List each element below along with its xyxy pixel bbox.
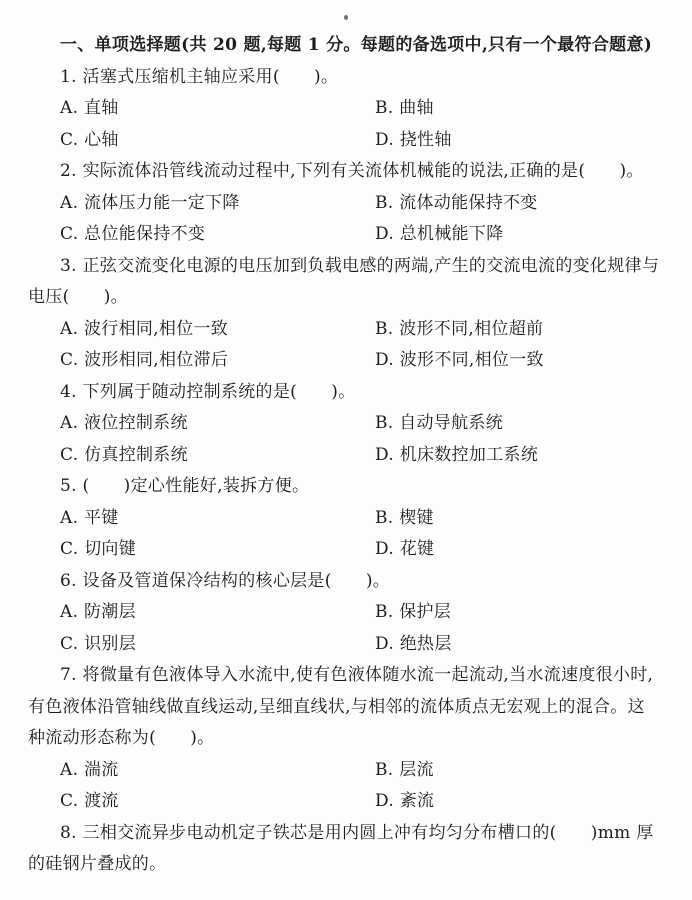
question-2: 2. 实际流体沿管线流动过程中,下列有关流体机械能的说法,正确的是( )。 A.… [28,156,662,251]
question-3-options-ab: A. 波行相同,相位一致 B. 波形不同,相位超前 [28,314,662,346]
section-title: 一、单项选择题(共 20 题,每题 1 分。每题的备选项中,只有一个最符合题意) [28,30,662,62]
question-2-option-d: D. 总机械能下降 [375,219,504,251]
question-5-option-b: B. 楔键 [375,503,434,535]
scan-speck-artifact [344,15,348,20]
question-7: 7. 将微量有色液体导入水流中,使有色液体随水流一起流动,当水流速度很小时, 有… [28,660,662,818]
question-6-option-c: C. 识别层 [60,629,136,661]
question-3-options-cd: C. 波形相同,相位滞后 D. 波形不同,相位一致 [28,345,662,377]
question-7-option-c: C. 渡流 [60,786,119,818]
question-5-options-ab: A. 平键 B. 楔键 [28,503,662,535]
question-1-stem: 1. 活塞式压缩机主轴应采用( )。 [28,62,662,94]
question-1-option-a: A. 直轴 [60,93,119,125]
exam-content: 一、单项选择题(共 20 题,每题 1 分。每题的备选项中,只有一个最符合题意)… [28,30,662,881]
question-8-stem-line-2: 的硅钢片叠成的。 [28,849,662,881]
question-3-option-a: A. 波行相同,相位一致 [60,314,228,346]
question-6: 6. 设备及管道保冷结构的核心层是( )。 A. 防潮层 B. 保护层 C. 识… [28,566,662,661]
section-title-note: (共 20 题,每题 1 分。每题的备选项中,只有一个最符合题意) [181,35,652,55]
question-3-stem-line-2: 电压( )。 [28,282,662,314]
question-7-options-cd: C. 渡流 D. 紊流 [28,786,662,818]
question-7-options-ab: A. 湍流 B. 层流 [28,755,662,787]
question-4-option-c: C. 仿真控制系统 [60,440,188,472]
question-1-options-cd: C. 心轴 D. 挠性轴 [28,125,662,157]
section-title-heading: 一、单项选择题 [60,35,181,55]
question-4: 4. 下列属于随动控制系统的是( )。 A. 液位控制系统 B. 自动导航系统 … [28,377,662,472]
question-3: 3. 正弦交流变化电源的电压加到负载电感的两端,产生的交流电流的变化规律与 电压… [28,251,662,377]
question-2-option-c: C. 总位能保持不变 [60,219,205,251]
question-3-option-c: C. 波形相同,相位滞后 [60,345,228,377]
question-3-option-b: B. 波形不同,相位超前 [375,314,543,346]
question-8-stem-line-1: 8. 三相交流异步电动机定子铁芯是用内圆上冲有均匀分布槽口的( )mm 厚 [28,818,662,850]
question-7-stem-line-1: 7. 将微量有色液体导入水流中,使有色液体随水流一起流动,当水流速度很小时, [28,660,662,692]
question-6-stem: 6. 设备及管道保冷结构的核心层是( )。 [28,566,662,598]
question-2-option-a: A. 流体压力能一定下降 [60,188,240,220]
question-3-stem-line-1: 3. 正弦交流变化电源的电压加到负载电感的两端,产生的交流电流的变化规律与 [28,251,662,283]
question-1-option-c: C. 心轴 [60,125,119,157]
question-4-option-a: A. 液位控制系统 [60,408,188,440]
question-6-option-b: B. 保护层 [375,597,451,629]
question-5-stem: 5. ( )定心性能好,装拆方便。 [28,471,662,503]
question-4-options-cd: C. 仿真控制系统 D. 机床数控加工系统 [28,440,662,472]
question-3-option-d: D. 波形不同,相位一致 [375,345,544,377]
question-5: 5. ( )定心性能好,装拆方便。 A. 平键 B. 楔键 C. 切向键 D. … [28,471,662,566]
question-6-options-ab: A. 防潮层 B. 保护层 [28,597,662,629]
question-1-option-d: D. 挠性轴 [375,125,452,157]
exam-paper-page: 一、单项选择题(共 20 题,每题 1 分。每题的备选项中,只有一个最符合题意)… [0,0,692,900]
question-4-stem: 4. 下列属于随动控制系统的是( )。 [28,377,662,409]
question-5-option-c: C. 切向键 [60,534,136,566]
question-7-stem-line-3: 种流动形态称为( )。 [28,723,662,755]
question-4-option-d: D. 机床数控加工系统 [375,440,538,472]
question-4-options-ab: A. 液位控制系统 B. 自动导航系统 [28,408,662,440]
question-6-option-d: D. 绝热层 [375,629,452,661]
question-7-stem-line-2: 有色液体沿管轴线做直线运动,呈细直线状,与相邻的流体质点无宏观上的混合。这 [28,692,662,724]
question-7-option-d: D. 紊流 [375,786,434,818]
question-1: 1. 活塞式压缩机主轴应采用( )。 A. 直轴 B. 曲轴 C. 心轴 D. … [28,62,662,157]
question-1-options-ab: A. 直轴 B. 曲轴 [28,93,662,125]
question-4-option-b: B. 自动导航系统 [375,408,503,440]
question-2-options-ab: A. 流体压力能一定下降 B. 流体动能保持不变 [28,188,662,220]
question-1-option-b: B. 曲轴 [375,93,434,125]
question-7-option-a: A. 湍流 [60,755,119,787]
question-2-options-cd: C. 总位能保持不变 D. 总机械能下降 [28,219,662,251]
question-7-option-b: B. 层流 [375,755,434,787]
question-6-option-a: A. 防潮层 [60,597,136,629]
question-5-options-cd: C. 切向键 D. 花键 [28,534,662,566]
question-8: 8. 三相交流异步电动机定子铁芯是用内圆上冲有均匀分布槽口的( )mm 厚 的硅… [28,818,662,881]
question-6-options-cd: C. 识别层 D. 绝热层 [28,629,662,661]
question-2-stem: 2. 实际流体沿管线流动过程中,下列有关流体机械能的说法,正确的是( )。 [28,156,662,188]
question-5-option-d: D. 花键 [375,534,434,566]
question-5-option-a: A. 平键 [60,503,119,535]
question-2-option-b: B. 流体动能保持不变 [375,188,538,220]
